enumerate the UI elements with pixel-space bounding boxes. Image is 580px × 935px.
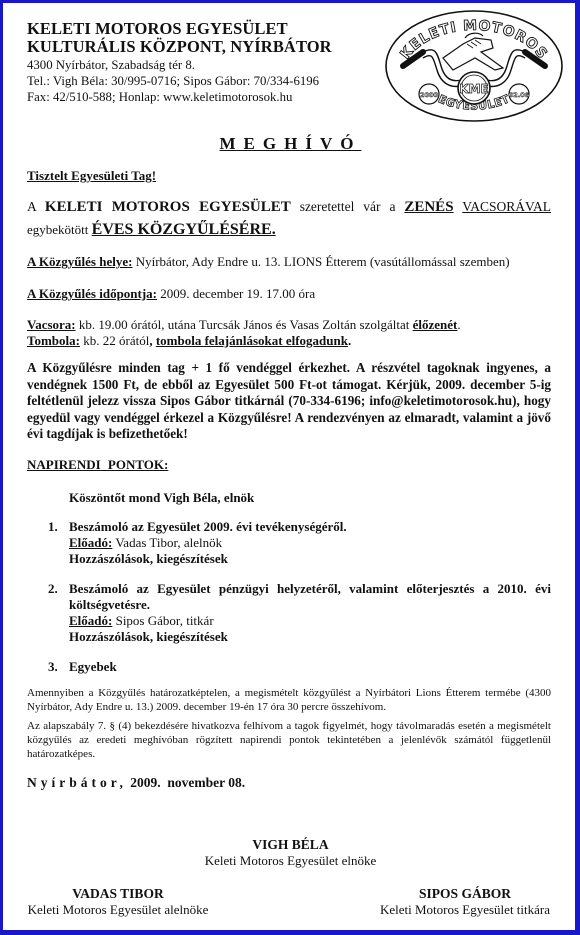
agenda-heading: NAPIRENDI PONTOK: [27, 457, 551, 473]
attendance-notice: A Közgyűlésre minden tag + 1 fő vendégge… [27, 360, 551, 443]
logo-left-badge: 2000 [420, 91, 439, 99]
intro-line-1: A KELETI MOTOROS EGYESÜLET szeretettel v… [27, 199, 551, 215]
salutation: Tisztelt Egyesületi Tag! [27, 168, 551, 184]
place-date: Nyírbátor, 2009. november 08. [27, 775, 551, 791]
vice-president-role: Keleti Motoros Egyesület alelnöke [23, 902, 213, 918]
signature-vice-president: VADAS TIBOR Keleti Motoros Egyesület ale… [23, 886, 213, 918]
agenda-item-1-number: 1. [48, 519, 58, 535]
intro-line-2: egybekötött ÉVES KÖZGYŰLÉSÉRE. [27, 222, 551, 238]
document-title: MEGHÍVÓ [3, 134, 578, 154]
club-logo-icon: KELETI MOTOROS EGYESÜLET KME 2000 [383, 8, 565, 124]
raffle-info: Tombola: kb. 22 órától, tombola felajánl… [27, 333, 551, 349]
meeting-datetime: A Közgyűlés időpontja: 2009. december 19… [27, 286, 551, 302]
dinner-info: Vacsora: kb. 19.00 órától, utána Turcsák… [27, 317, 551, 333]
dinner-label: Vacsora: [27, 317, 76, 332]
agenda-item-3-title: Egyebek [69, 659, 551, 675]
org-phone: Tel.: Vigh Béla: 30/995-0716; Sipos Gábo… [27, 73, 319, 89]
location-label: A Közgyűlés helye: [27, 254, 132, 269]
agenda-item-2-comments: Hozzászólások, kiegészítések [69, 629, 551, 645]
agenda-item-1-presenter: Előadó: Vadas Tibor, alelnök [69, 535, 551, 551]
raffle-highlight: tombola felajánlásokat elfogadunk [156, 333, 348, 348]
signature-president: VIGH BÉLA Keleti Motoros Egyesület elnök… [3, 837, 578, 869]
intro-org: KELETI MOTOROS EGYESÜLET [45, 199, 291, 215]
secretary-name: SIPOS GÁBOR [365, 886, 565, 902]
intro-zenes: ZENÉS [404, 199, 453, 215]
agenda-item-2-number: 2. [48, 581, 58, 597]
president-name: VIGH BÉLA [3, 837, 578, 853]
date: 2009. november 08. [130, 775, 245, 790]
location-value: Nyírbátor, Ady Endre u. 13. LIONS Éttere… [132, 254, 509, 269]
agenda-item-3-number: 3. [48, 659, 58, 675]
intro-event: ÉVES KÖZGYŰLÉSÉRE. [92, 221, 276, 238]
datetime-label: A Közgyűlés időpontja: [27, 286, 157, 301]
meeting-location: A Közgyűlés helye: Nyírbátor, Ady Endre … [27, 254, 551, 270]
org-name: KELETI MOTOROS EGYESÜLET [27, 20, 288, 38]
place: Nyírbátor, [27, 775, 127, 790]
intro-vacsora: VACSORÁVAL [462, 199, 551, 214]
secretary-role: Keleti Motoros Egyesület titkára [365, 902, 565, 918]
agenda-item-1-comments: Hozzászólások, kiegészítések [69, 551, 551, 567]
quorum-notice: Amennyiben a Közgyűlés határozatképtelen… [27, 686, 551, 714]
vice-president-name: VADAS TIBOR [23, 886, 213, 902]
document-page: KELETI MOTOROS EGYESÜLET KULTURÁLIS KÖZP… [0, 0, 580, 935]
raffle-label: Tombola: [27, 333, 80, 348]
bylaws-notice: Az alapszabály 7. § (4) bekezdésére hiva… [27, 719, 551, 761]
dinner-highlight: élőzenét [413, 317, 458, 332]
agenda-item-1-title: Beszámoló az Egyesület 2009. évi tevéken… [69, 519, 551, 535]
agenda-item-2-title-line1: Beszámoló az Egyesület pénzügyi helyzeté… [69, 581, 551, 597]
org-subtitle: KULTURÁLIS KÖZPONT, NYÍRBÁTOR [27, 38, 332, 56]
org-fax-web: Fax: 42/510-588; Honlap: www.keletimotor… [27, 89, 292, 105]
agenda-welcome: Köszöntőt mond Vigh Béla, elnök [69, 490, 549, 506]
logo-right-badge: 02.06 [509, 91, 530, 99]
datetime-value: 2009. december 19. 17.00 óra [157, 286, 315, 301]
org-address: 4300 Nyírbátor, Szabadság tér 8. [27, 57, 195, 73]
president-role: Keleti Motoros Egyesület elnöke [3, 853, 578, 869]
logo-center-text: KME [459, 82, 488, 96]
signature-secretary: SIPOS GÁBOR Keleti Motoros Egyesület tit… [365, 886, 565, 918]
agenda-item-2-presenter: Előadó: Sipos Gábor, titkár [69, 613, 551, 629]
agenda-item-2-title-line2: költségvetésre. [69, 597, 551, 613]
